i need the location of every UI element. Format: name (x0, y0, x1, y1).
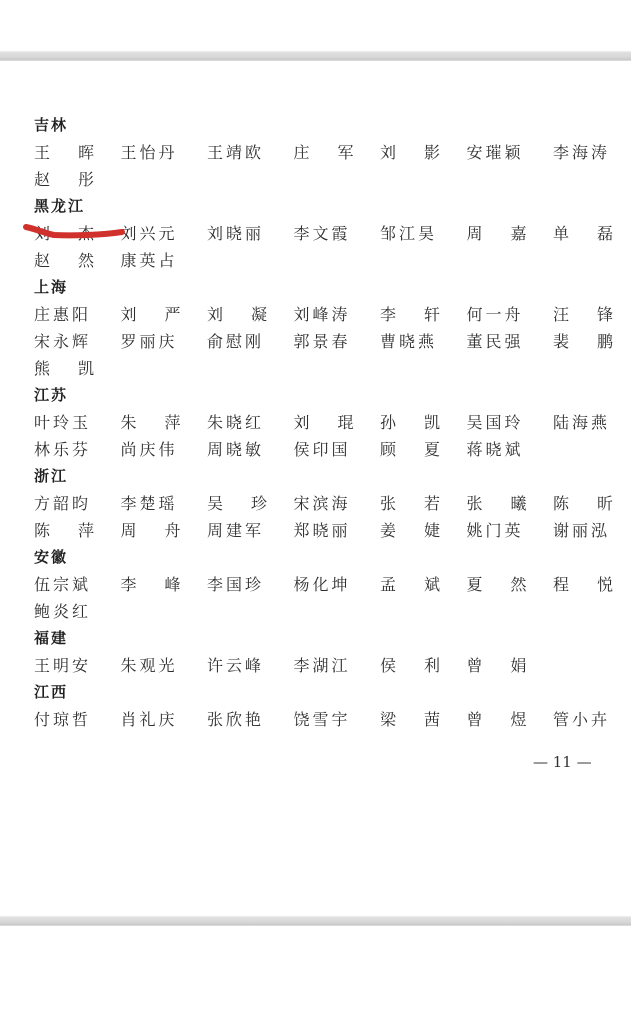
person-name: 顾夏 (380, 436, 440, 463)
name-row: 刘杰刘兴元刘晓丽李文霞邹江昊周嘉单磊 (34, 220, 614, 247)
person-name: 饶雪宇 (294, 706, 381, 733)
page-separator-bottom (0, 916, 631, 926)
person-name: 汪锋 (553, 301, 613, 328)
person-name: 王明安 (34, 652, 121, 679)
person-name: 陆海燕 (553, 409, 631, 436)
page-number: — 11 — (533, 753, 592, 771)
person-name: 王晖 (34, 139, 94, 166)
person-name: 尚庆伟 (121, 436, 208, 463)
person-name: 侯利 (380, 652, 440, 679)
person-name: 庄军 (294, 139, 354, 166)
person-name: 陈昕 (553, 490, 613, 517)
person-name: 裴鹏 (553, 328, 613, 355)
person-name: 曾煜 (467, 706, 527, 733)
person-name: 谢丽泓 (553, 517, 631, 544)
region-heading: 江苏 (34, 382, 614, 409)
person-name: 侯印国 (294, 436, 381, 463)
person-name: 程悦 (553, 571, 613, 598)
region-heading: 安徽 (34, 544, 614, 571)
person-name: 肖礼庆 (121, 706, 208, 733)
name-list: 吉林王晖王怡丹王靖欧庄军刘影安璀颖李海涛赵彤黑龙江刘杰刘兴元刘晓丽李文霞邹江昊周… (34, 112, 614, 733)
region-heading: 吉林 (34, 112, 614, 139)
person-name: 周嘉 (467, 220, 527, 247)
person-name: 张若 (380, 490, 440, 517)
person-name: 梁茜 (380, 706, 440, 733)
person-name: 吴国玲 (467, 409, 554, 436)
name-row: 付琼哲肖礼庆张欣艳饶雪宇梁茜曾煜管小卉 (34, 706, 614, 733)
name-row: 方韶昀李楚瑶吴珍宋滨海张若张曦陈昕 (34, 490, 614, 517)
name-row: 赵然康英占 (34, 247, 614, 274)
person-name: 俞慰刚 (207, 328, 294, 355)
person-name: 周舟 (121, 517, 181, 544)
person-name: 孟斌 (380, 571, 440, 598)
person-name: 姜婕 (380, 517, 440, 544)
person-name: 李湖江 (294, 652, 381, 679)
name-row: 叶玲玉朱萍朱晓红刘琨孙凯吴国玲陆海燕 (34, 409, 614, 436)
person-name: 杨化坤 (294, 571, 381, 598)
person-name: 许云峰 (207, 652, 294, 679)
person-name: 张曦 (467, 490, 527, 517)
name-row: 伍宗斌李峰李国珍杨化坤孟斌夏然程悦 (34, 571, 614, 598)
person-name: 李楚瑶 (121, 490, 208, 517)
person-name: 庄惠阳 (34, 301, 121, 328)
person-name: 朱萍 (121, 409, 181, 436)
person-name: 宋永辉 (34, 328, 121, 355)
person-name: 邹江昊 (380, 220, 467, 247)
person-name: 罗丽庆 (121, 328, 208, 355)
person-name: 李文霞 (294, 220, 381, 247)
person-name: 熊凯 (34, 355, 94, 382)
person-name: 李峰 (121, 571, 181, 598)
person-name: 伍宗斌 (34, 571, 121, 598)
person-name: 王怡丹 (121, 139, 208, 166)
person-name: 方韶昀 (34, 490, 121, 517)
person-name: 刘峰涛 (294, 301, 381, 328)
person-name: 吴珍 (207, 490, 267, 517)
person-name: 周晓敏 (207, 436, 294, 463)
person-name: 鲍炎红 (34, 598, 121, 625)
person-name: 赵然 (34, 247, 94, 274)
name-row: 林乐芬尚庆伟周晓敏侯印国顾夏蒋晓斌 (34, 436, 614, 463)
region-heading: 浙江 (34, 463, 614, 490)
name-row: 熊凯 (34, 355, 614, 382)
person-name: 李国珍 (207, 571, 294, 598)
name-row: 庄惠阳刘严刘凝刘峰涛李轩何一舟汪锋 (34, 301, 614, 328)
person-name: 林乐芬 (34, 436, 121, 463)
person-name: 赵彤 (34, 166, 94, 193)
name-row: 鲍炎红 (34, 598, 614, 625)
person-name: 安璀颖 (467, 139, 554, 166)
person-name: 刘严 (121, 301, 181, 328)
person-name: 单磊 (553, 220, 613, 247)
name-row: 王晖王怡丹王靖欧庄军刘影安璀颖李海涛 (34, 139, 614, 166)
person-name: 刘晓丽 (207, 220, 294, 247)
region-heading: 福建 (34, 625, 614, 652)
person-name: 李轩 (380, 301, 440, 328)
region-heading: 江西 (34, 679, 614, 706)
name-row: 陈萍周舟周建军郑晓丽姜婕姚门英谢丽泓 (34, 517, 614, 544)
region-heading: 黑龙江 (34, 193, 614, 220)
name-row: 宋永辉罗丽庆俞慰刚郭景春曹晓燕董民强裴鹏 (34, 328, 614, 355)
person-name: 宋滨海 (294, 490, 381, 517)
person-name: 刘影 (380, 139, 440, 166)
person-name: 蒋晓斌 (467, 436, 554, 463)
person-name: 朱观光 (121, 652, 208, 679)
person-name: 曾娟 (467, 652, 527, 679)
person-name: 付琼哲 (34, 706, 121, 733)
person-name: 孙凯 (380, 409, 440, 436)
region-heading: 上海 (34, 274, 614, 301)
person-name: 张欣艳 (207, 706, 294, 733)
person-name: 姚门英 (467, 517, 554, 544)
name-row: 王明安朱观光许云峰李湖江侯利曾娟 (34, 652, 614, 679)
person-name: 刘琨 (294, 409, 354, 436)
person-name: 陈萍 (34, 517, 94, 544)
person-name: 李海涛 (553, 139, 631, 166)
page-separator-top (0, 51, 631, 61)
person-name: 曹晓燕 (380, 328, 467, 355)
person-name: 王靖欧 (207, 139, 294, 166)
person-name: 夏然 (467, 571, 527, 598)
person-name: 郭景春 (294, 328, 381, 355)
person-name: 管小卉 (553, 706, 631, 733)
person-name: 周建军 (207, 517, 294, 544)
person-name: 董民强 (467, 328, 554, 355)
person-name: 刘兴元 (121, 220, 208, 247)
person-name: 叶玲玉 (34, 409, 121, 436)
person-name: 朱晓红 (207, 409, 294, 436)
person-name: 何一舟 (467, 301, 554, 328)
person-name: 康英占 (121, 247, 208, 274)
name-row: 赵彤 (34, 166, 614, 193)
person-name: 郑晓丽 (294, 517, 381, 544)
person-name: 刘凝 (207, 301, 267, 328)
person-name: 刘杰 (34, 220, 94, 247)
